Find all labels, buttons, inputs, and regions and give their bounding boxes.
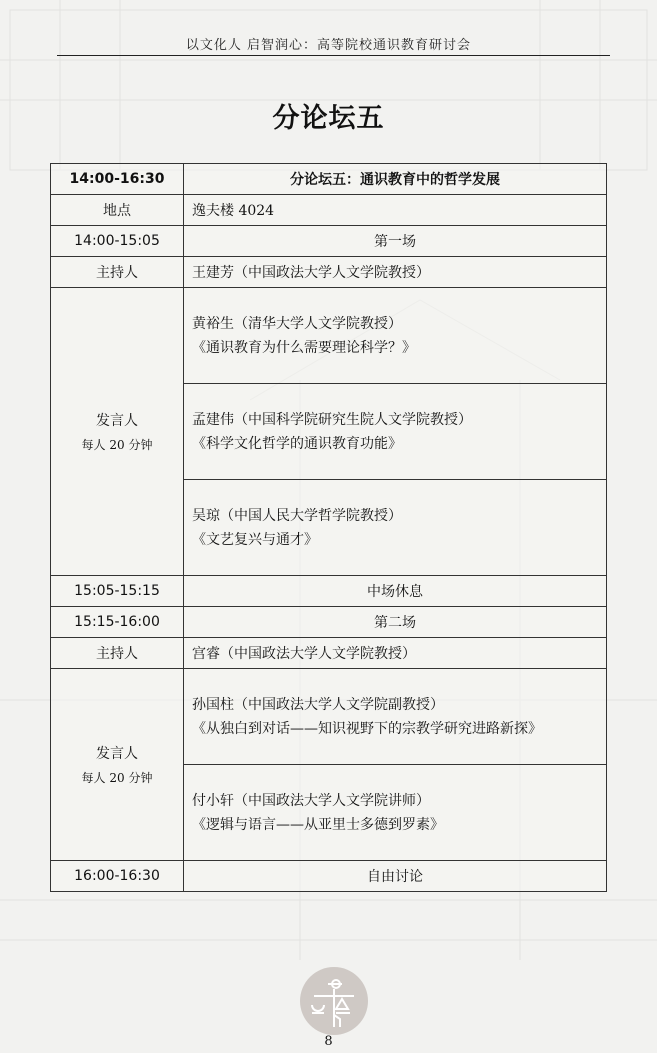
table-row-discussion: 16:00-16:30 自由讨论 — [51, 861, 607, 892]
running-header: 以文化人 启智润心：高等院校通识教育研讨会 — [0, 34, 657, 53]
speaker-name: 吴琼（中国人民大学哲学院教授） — [192, 504, 598, 528]
speaker-entry: 孟建伟（中国科学院研究生院人文学院教授） 《科学文化哲学的通识教育功能》 — [184, 384, 607, 480]
session2-time: 15:15-16:00 — [51, 607, 184, 638]
table-row-session1: 14:00-15:05 第一场 — [51, 226, 607, 257]
table-row-speaker: 发言人 每人 20 分钟 黄裕生（清华大学人文学院教授） 《通识教育为什么需要理… — [51, 288, 607, 384]
speaker-entry: 付小轩（中国政法大学人文学院讲师） 《逻辑与语言——从亚里士多德到罗素》 — [184, 765, 607, 861]
session1-speakers-note: 每人 20 分钟 — [59, 436, 175, 453]
session2-speakers-label-cell: 发言人 每人 20 分钟 — [51, 669, 184, 861]
forum-title: 分论坛五：通识教育中的哲学发展 — [184, 164, 607, 195]
break-name: 中场休息 — [184, 576, 607, 607]
schedule-table: 14:00-16:30 分论坛五：通识教育中的哲学发展 地点 逸夫楼 4024 … — [50, 163, 607, 892]
session1-host-label: 主持人 — [51, 257, 184, 288]
speaker-name: 孟建伟（中国科学院研究生院人文学院教授） — [192, 408, 598, 432]
table-row-speaker: 发言人 每人 20 分钟 孙国柱（中国政法大学人文学院副教授） 《从独白到对话—… — [51, 669, 607, 765]
speaker-entry: 孙国柱（中国政法大学人文学院副教授） 《从独白到对话——知识视野下的宗教学研究进… — [184, 669, 607, 765]
break-time: 15:05-15:15 — [51, 576, 184, 607]
session2-host-label: 主持人 — [51, 638, 184, 669]
speaker-talk-title: 《从独白到对话——知识视野下的宗教学研究进路新探》 — [192, 717, 598, 741]
session2-speakers-note: 每人 20 分钟 — [59, 769, 175, 786]
table-row-session1-host: 主持人 王建芳（中国政法大学人文学院教授） — [51, 257, 607, 288]
session1-host: 王建芳（中国政法大学人文学院教授） — [184, 257, 607, 288]
overall-time: 14:00-16:30 — [51, 164, 184, 195]
session1-time: 14:00-15:05 — [51, 226, 184, 257]
speaker-entry: 黄裕生（清华大学人文学院教授） 《通识教育为什么需要理论科学？》 — [184, 288, 607, 384]
table-row-break: 15:05-15:15 中场休息 — [51, 576, 607, 607]
speaker-talk-title: 《文艺复兴与通才》 — [192, 528, 598, 552]
session1-speakers-label-cell: 发言人 每人 20 分钟 — [51, 288, 184, 576]
university-seal-icon — [300, 967, 368, 1035]
speaker-entry: 吴琼（中国人民大学哲学院教授） 《文艺复兴与通才》 — [184, 480, 607, 576]
location-value: 逸夫楼 4024 — [184, 195, 607, 226]
discussion-name: 自由讨论 — [184, 861, 607, 892]
speaker-talk-title: 《通识教育为什么需要理论科学？》 — [192, 336, 598, 360]
speaker-name: 付小轩（中国政法大学人文学院讲师） — [192, 789, 598, 813]
speaker-name: 孙国柱（中国政法大学人文学院副教授） — [192, 693, 598, 717]
table-row-forum-header: 14:00-16:30 分论坛五：通识教育中的哲学发展 — [51, 164, 607, 195]
speaker-talk-title: 《科学文化哲学的通识教育功能》 — [192, 432, 598, 456]
table-row-session2-host: 主持人 宫睿（中国政法大学人文学院教授） — [51, 638, 607, 669]
table-row-session2: 15:15-16:00 第二场 — [51, 607, 607, 638]
session2-host: 宫睿（中国政法大学人文学院教授） — [184, 638, 607, 669]
discussion-time: 16:00-16:30 — [51, 861, 184, 892]
session1-name: 第一场 — [184, 226, 607, 257]
session2-speakers-label: 发言人 — [59, 743, 175, 763]
session1-speakers-label: 发言人 — [59, 410, 175, 430]
speaker-talk-title: 《逻辑与语言——从亚里士多德到罗素》 — [192, 813, 598, 837]
page-number: 8 — [0, 1034, 657, 1049]
header-divider — [57, 55, 610, 56]
session2-name: 第二场 — [184, 607, 607, 638]
page-title: 分论坛五 — [0, 96, 657, 135]
location-label: 地点 — [51, 195, 184, 226]
speaker-name: 黄裕生（清华大学人文学院教授） — [192, 312, 598, 336]
table-row-location: 地点 逸夫楼 4024 — [51, 195, 607, 226]
